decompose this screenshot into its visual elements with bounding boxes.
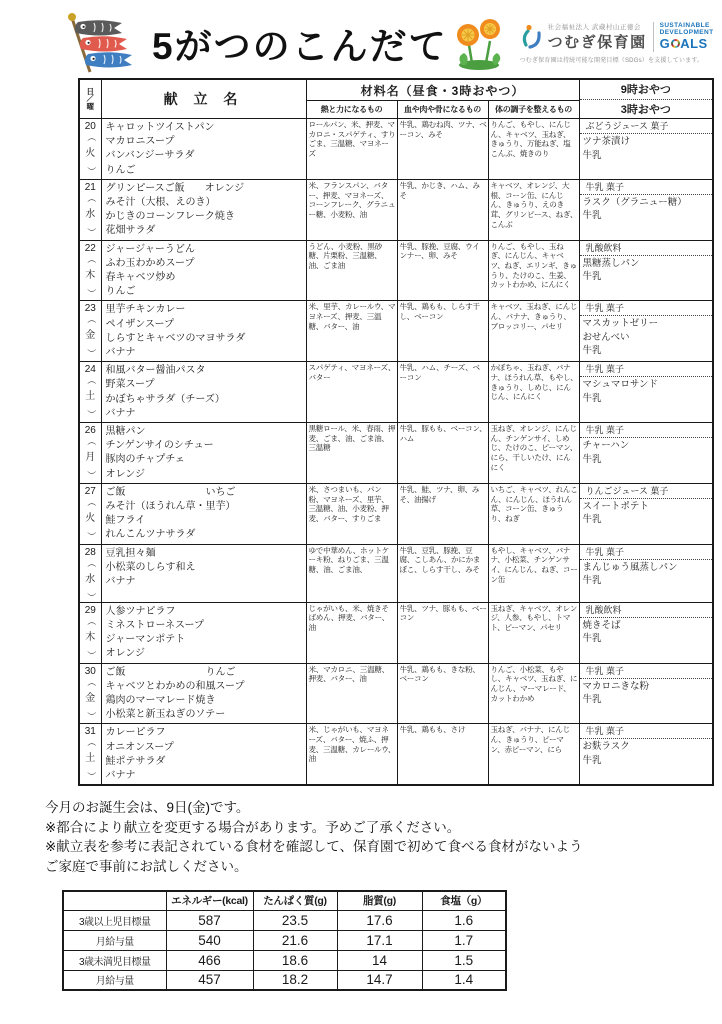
date-cell: 27 （ 火 ） bbox=[79, 483, 101, 544]
notes-block: 今月のお誕生会は、9日(金)です。 ※都合により献立を変更する場合があります。予… bbox=[45, 798, 722, 876]
menu-item: オニオンスープ bbox=[106, 741, 304, 755]
energy-foods-cell: 米、じゃがいも、マヨネーズ、バター、焼ふ、押麦、三温糖、カレールウ、油 bbox=[306, 724, 397, 785]
nutrition-value-protein: 18.6 bbox=[253, 950, 337, 970]
snack-9am: 牛乳 菓子 bbox=[580, 545, 713, 560]
snack-cell: 乳酸飲料 焼きそば牛乳 bbox=[579, 602, 713, 663]
snack-3pm-list: ラスク（グラニュー糖）牛乳 bbox=[580, 195, 713, 223]
snack-cell: 牛乳 菓子 まんじゅう風蒸しパン牛乳 bbox=[579, 544, 713, 602]
header-menu-name: 献 立 名 bbox=[101, 79, 306, 119]
page-title: 5がつのこんだて bbox=[152, 16, 448, 70]
energy-foods-cell: うどん、小麦粉、黒砂糖、片栗粉、三温糖、油、ごま油 bbox=[306, 240, 397, 301]
weekday: 土 bbox=[80, 391, 101, 403]
menu-name-cell: ご飯 いちごみそ汁（ほうれん草・里芋）鮭フライれんこんツナサラダ bbox=[101, 483, 306, 544]
menu-item: 鮭フライ bbox=[106, 514, 304, 528]
menu-item: 小松菜のしらす和え bbox=[106, 561, 304, 575]
snack-3pm-item: 牛乳 bbox=[583, 574, 711, 588]
menu-table-row: 28 （ 水 ） 豆乳担々麺小松菜のしらす和えバナナ ゆで中華めん、ホットケーキ… bbox=[79, 544, 713, 602]
paren-open: （ bbox=[85, 127, 95, 148]
energy-foods-cell: 米、里芋、カレールウ、マヨネーズ、押麦、三温糖、バター、油 bbox=[306, 301, 397, 362]
menu-name-cell: グリンピースご飯 オレンジみそ汁（大根、えのき）かじきのコーンフレーク焼き花畑サ… bbox=[101, 179, 306, 240]
nutrition-value-energy: 587 bbox=[166, 910, 253, 930]
menu-item: 鮭ポテサラダ bbox=[106, 755, 304, 769]
nutrition-value-salt: 1.6 bbox=[422, 910, 506, 930]
snack-cell: 牛乳 菓子 マスカットゼリーおせんべい牛乳 bbox=[579, 301, 713, 362]
vitamin-foods-cell: もやし、キャベツ、バナナ、小松菜、チンゲンサイ、にんじん、ねぎ、コーン缶 bbox=[488, 544, 579, 602]
weekday: 水 bbox=[80, 209, 101, 221]
snack-cell: 牛乳 菓子 お麩ラスク牛乳 bbox=[579, 724, 713, 785]
paren-close: ） bbox=[85, 282, 95, 303]
snack-9am: ぶどうジュース 菓子 bbox=[580, 119, 713, 134]
snack-3pm-item: マシュマロサンド bbox=[583, 378, 711, 392]
nutrition-row: 月給与量 457 18.2 14.7 1.4 bbox=[63, 970, 506, 990]
protein-foods-cell: 牛乳、豚もも、ベーコン、ハム bbox=[397, 423, 488, 484]
paren-close: ） bbox=[85, 465, 95, 486]
header-day-char: 曜 bbox=[80, 103, 101, 111]
snack-3pm-item: 牛乳 bbox=[583, 453, 711, 467]
sdg-goals-g: G bbox=[660, 37, 671, 51]
header-protein-foods: 血や肉や骨になるもの bbox=[397, 101, 488, 119]
snack-3pm-item: マスカットゼリー bbox=[583, 317, 711, 331]
paren-open: （ bbox=[85, 671, 95, 692]
snack-cell: ぶどうジュース 菓子 ツナ茶漬け牛乳 bbox=[579, 119, 713, 180]
menu-item: 野菜スープ bbox=[106, 378, 304, 392]
snack-3pm-list: 黒糖蒸しパン牛乳 bbox=[580, 256, 713, 284]
snack-3pm-item: 牛乳 bbox=[583, 344, 711, 358]
nutrition-value-fat: 17.6 bbox=[337, 910, 422, 930]
nutrition-value-energy: 466 bbox=[166, 950, 253, 970]
tsumugi-logo-icon bbox=[520, 23, 544, 51]
snack-3pm-list: マシュマロサンド牛乳 bbox=[580, 377, 713, 405]
paren-close: ） bbox=[85, 644, 95, 665]
snack-3pm-item: 焼きそば bbox=[583, 619, 711, 633]
menu-item: かぼちゃサラダ（チーズ） bbox=[106, 393, 304, 407]
menu-item: バナナ bbox=[106, 407, 304, 421]
date-cell: 29 （ 木 ） bbox=[79, 602, 101, 663]
energy-foods-cell: 黒糖ロール、米、春雨、押麦、ごま、油、ごま油、三温糖 bbox=[306, 423, 397, 484]
menu-name-cell: 豆乳担々麺小松菜のしらす和えバナナ bbox=[101, 544, 306, 602]
menu-table-row: 24 （ 土 ） 和風バター醤油パスタ野菜スープかぼちゃサラダ（チーズ）バナナ … bbox=[79, 362, 713, 423]
menu-item: グリンピースご飯 オレンジ bbox=[106, 182, 304, 196]
menu-item: 里芋チキンカレー bbox=[106, 303, 304, 317]
menu-item: しらすとキャベツのマヨサラダ bbox=[106, 332, 304, 346]
weekday: 金 bbox=[80, 330, 101, 342]
menu-item: 鶏肉のマーマレード焼き bbox=[106, 694, 304, 708]
snack-3pm-item: スイートポテト bbox=[583, 500, 711, 514]
snack-3pm-item: 牛乳 bbox=[583, 392, 711, 406]
menu-item: バンバンジーサラダ bbox=[106, 149, 304, 163]
header-vitamin-foods: 体の調子を整えるもの bbox=[488, 101, 579, 119]
paren-open: （ bbox=[85, 309, 95, 330]
brand-tagline: つむぎ保育園は持続可能な開発目標（SDGs）を支援しています。 bbox=[520, 55, 722, 64]
menu-name-cell: ジャージャーうどんふわ玉わかめスープ春キャベツ炒めりんご bbox=[101, 240, 306, 301]
menu-item: 黒糖パン bbox=[106, 425, 304, 439]
weekday: 金 bbox=[80, 693, 101, 705]
vitamin-foods-cell: いちご、キャベツ、れんこん、にんじん、ほうれん草、コーン缶、きゅうり、ねぎ bbox=[488, 483, 579, 544]
weekday: 土 bbox=[80, 753, 101, 765]
energy-foods-cell: スパゲティ、マヨネーズ、バター bbox=[306, 362, 397, 423]
snack-3pm-item: まんじゅう風蒸しパン bbox=[583, 561, 711, 575]
menu-item: ジャーマンポテト bbox=[106, 633, 304, 647]
snack-3pm-item: 牛乳 bbox=[583, 513, 711, 527]
weekday: 木 bbox=[80, 270, 101, 282]
snack-3pm-list: マスカットゼリーおせんべい牛乳 bbox=[580, 316, 713, 358]
snack-cell: りんごジュース 菓子 スイートポテト牛乳 bbox=[579, 483, 713, 544]
energy-foods-cell: 米、フランスパン、バター、押麦、マヨネーズ、コーンフレーク、グラニュー糖、小麦粉… bbox=[306, 179, 397, 240]
brand-org-name: 社会福祉法人 武蔵村山正徳会 bbox=[548, 22, 647, 31]
protein-foods-cell: 牛乳、鶏むね肉、ツナ、ベーコン、みそ bbox=[397, 119, 488, 180]
sdg-logo: SUSTAINABLE DEVELOPMENT GALS bbox=[660, 23, 714, 50]
snack-cell: 乳酸飲料 黒糖蒸しパン牛乳 bbox=[579, 240, 713, 301]
menu-table-row: 29 （ 木 ） 人参ツナピラフミネストローネスープジャーマンポテトオレンジ じ… bbox=[79, 602, 713, 663]
date-cell: 26 （ 月 ） bbox=[79, 423, 101, 484]
vitamin-foods-cell: りんご、もやし、にんじん、キャベツ、玉ねぎ、きゅうり、万能ねぎ、塩こんぶ、焼きの… bbox=[488, 119, 579, 180]
snack-3pm-list: まんじゅう風蒸しパン牛乳 bbox=[580, 560, 713, 588]
menu-item: ご飯 いちご bbox=[106, 486, 304, 500]
nutrition-value-salt: 1.7 bbox=[422, 930, 506, 950]
brand-block: 社会福祉法人 武蔵村山正徳会 つむぎ保育園 SUSTAINABLE DEVELO… bbox=[520, 22, 722, 64]
protein-foods-cell: 牛乳、鶏もも、しらす干し、ベーコン bbox=[397, 301, 488, 362]
menu-item: オレンジ bbox=[106, 468, 304, 482]
menu-item: ご飯 りんご bbox=[106, 666, 304, 680]
snack-3pm-item: 牛乳 bbox=[583, 693, 711, 707]
vitamin-foods-cell: キャベツ、玉ねぎ、にんじん、バナナ、きゅうり、ブロッコリー、パセリ bbox=[488, 301, 579, 362]
nutrition-value-fat: 17.1 bbox=[337, 930, 422, 950]
menu-table-header-row: 日 ／ 曜 献 立 名 材料名（昼食・3時おやつ） 9時おやつ 3時おやつ bbox=[79, 79, 713, 101]
menu-name-cell: ご飯 りんごキャベツとわかめの和風スープ鶏肉のマーマレード焼き小松菜と新玉ねぎの… bbox=[101, 663, 306, 724]
menu-item: チンゲンサイのシチュー bbox=[106, 439, 304, 453]
snack-3pm-item: ラスク（グラニュー糖） bbox=[583, 196, 711, 210]
menu-item: ミネストローネスープ bbox=[106, 619, 304, 633]
paren-open: （ bbox=[85, 248, 95, 269]
page-header: 5がつのこんだて bbox=[0, 0, 722, 78]
snack-3pm-item: お麩ラスク bbox=[583, 740, 711, 754]
paren-close: ） bbox=[85, 404, 95, 425]
nutrition-header-salt: 食塩（g） bbox=[422, 891, 506, 910]
paren-open: （ bbox=[85, 431, 95, 452]
paren-open: （ bbox=[85, 492, 95, 513]
brand-divider bbox=[653, 22, 654, 52]
snack-9am: 牛乳 菓子 bbox=[580, 180, 713, 195]
menu-item: オレンジ bbox=[106, 647, 304, 661]
menu-document-page: 5がつのこんだて bbox=[0, 0, 722, 1024]
vitamin-foods-cell: かぼちゃ、玉ねぎ、バナナ、ほうれん草、もやし、きゅうり、しめじ、にんじん、にんに… bbox=[488, 362, 579, 423]
energy-foods-cell: 米、マカロニ、三温糖、押麦、バター、油 bbox=[306, 663, 397, 724]
snack-3pm-list: スイートポテト牛乳 bbox=[580, 499, 713, 527]
nutrition-row-label: 月給与量 bbox=[63, 930, 166, 950]
snack-3pm-item: ツナ茶漬け bbox=[583, 135, 711, 149]
sdg-goals-text: GALS bbox=[660, 37, 714, 51]
paren-open: （ bbox=[85, 188, 95, 209]
snack-9am: 牛乳 菓子 bbox=[580, 724, 713, 739]
snack-9am: 乳酸飲料 bbox=[580, 241, 713, 256]
menu-item: マカロニスープ bbox=[106, 135, 304, 149]
nutrition-value-salt: 1.5 bbox=[422, 950, 506, 970]
menu-item: 豚肉のチャプチェ bbox=[106, 453, 304, 467]
menu-item: れんこんツナサラダ bbox=[106, 528, 304, 542]
weekday: 水 bbox=[80, 574, 101, 586]
nutrition-header-protein: たんぱく質(g) bbox=[253, 891, 337, 910]
nutrition-value-energy: 457 bbox=[166, 970, 253, 990]
date-cell: 21 （ 水 ） bbox=[79, 179, 101, 240]
nutrition-value-protein: 23.5 bbox=[253, 910, 337, 930]
menu-item: キャロットツイストパン bbox=[106, 121, 304, 135]
snack-cell: 牛乳 菓子 マシュマロサンド牛乳 bbox=[579, 362, 713, 423]
snack-cell: 牛乳 菓子 マカロニきな粉牛乳 bbox=[579, 663, 713, 724]
snack-3pm-list: ツナ茶漬け牛乳 bbox=[580, 134, 713, 162]
header-snack-9am: 9時おやつ bbox=[580, 80, 713, 100]
paren-close: ） bbox=[85, 161, 95, 182]
paren-close: ） bbox=[85, 526, 95, 547]
sdg-ring-icon bbox=[671, 39, 680, 48]
menu-item: 小松菜と新玉ねぎのソテー bbox=[106, 708, 304, 722]
paren-close: ） bbox=[85, 766, 95, 787]
paren-open: （ bbox=[85, 552, 95, 573]
snack-9am: 乳酸飲料 bbox=[580, 603, 713, 618]
flower-icon bbox=[452, 15, 506, 71]
nutrition-row: 3歳未満児目標量 466 18.6 14 1.5 bbox=[63, 950, 506, 970]
date-cell: 28 （ 水 ） bbox=[79, 544, 101, 602]
koinobori-icon bbox=[60, 12, 146, 74]
weekday: 火 bbox=[80, 148, 101, 160]
menu-item: ジャージャーうどん bbox=[106, 243, 304, 257]
protein-foods-cell: 牛乳、鶏もも、さけ bbox=[397, 724, 488, 785]
protein-foods-cell: 牛乳、豆乳、豚挽、豆腐、こしあん、かにかまぼこ、しらす干し、みそ bbox=[397, 544, 488, 602]
weekday: 木 bbox=[80, 632, 101, 644]
snack-3pm-item: 牛乳 bbox=[583, 149, 711, 163]
paren-close: ） bbox=[85, 705, 95, 726]
nutrition-header-energy: エネルギー(kcal) bbox=[166, 891, 253, 910]
snack-9am: 牛乳 菓子 bbox=[580, 301, 713, 316]
protein-foods-cell: 牛乳、鶏もも、きな粉、ベーコン bbox=[397, 663, 488, 724]
note-line: ※都合により献立を変更する場合があります。予めご了承ください。 bbox=[45, 818, 722, 838]
paren-close: ） bbox=[85, 343, 95, 364]
energy-foods-cell: ゆで中華めん、ホットケーキ粉、ねりごま、三温糖、油、ごま油、 bbox=[306, 544, 397, 602]
note-line: ※献立表を参考に表記されている食材を確認して、保育園で初めて食べる食材がないよう bbox=[45, 837, 722, 857]
snack-3pm-item: マカロニきな粉 bbox=[583, 680, 711, 694]
nutrition-value-protein: 18.2 bbox=[253, 970, 337, 990]
snack-3pm-item: 牛乳 bbox=[583, 754, 711, 768]
menu-name-cell: 黒糖パンチンゲンサイのシチュー豚肉のチャプチェオレンジ bbox=[101, 423, 306, 484]
snack-cell: 牛乳 菓子 ラスク（グラニュー糖）牛乳 bbox=[579, 179, 713, 240]
date-cell: 22 （ 木 ） bbox=[79, 240, 101, 301]
menu-name-cell: キャロットツイストパンマカロニスープバンバンジーサラダりんご bbox=[101, 119, 306, 180]
header-day-column: 日 ／ 曜 bbox=[79, 79, 101, 119]
menu-name-cell: 里芋チキンカレーペイザンスープしらすとキャベツのマヨサラダバナナ bbox=[101, 301, 306, 362]
header-energy-foods: 熱と力になるもの bbox=[306, 101, 397, 119]
menu-item: 人参ツナピラフ bbox=[106, 605, 304, 619]
menu-item: ふわ玉わかめスープ bbox=[106, 257, 304, 271]
menu-item: バナナ bbox=[106, 346, 304, 360]
date-cell: 24 （ 土 ） bbox=[79, 362, 101, 423]
snack-3pm-list: チャーハン牛乳 bbox=[580, 438, 713, 466]
snack-3pm-item: おせんべい bbox=[583, 331, 711, 345]
vitamin-foods-cell: キャベツ、オレンジ、大根、コーン缶、にんじん、きゅうり、えのき茸、グリンピース、… bbox=[488, 179, 579, 240]
menu-item: みそ汁（大根、えのき） bbox=[106, 196, 304, 210]
menu-table-row: 22 （ 木 ） ジャージャーうどんふわ玉わかめスープ春キャベツ炒めりんご うど… bbox=[79, 240, 713, 301]
date-cell: 23 （ 金 ） bbox=[79, 301, 101, 362]
energy-foods-cell: ロールパン、米、押麦、マカロニ・スパゲティ、すりごま、三温糖、マヨネーズ bbox=[306, 119, 397, 180]
header-snacks: 9時おやつ 3時おやつ bbox=[579, 79, 713, 119]
menu-item: 花畑サラダ bbox=[106, 224, 304, 238]
nutrition-row-label: 3歳未満児目標量 bbox=[63, 950, 166, 970]
date-cell: 30 （ 金 ） bbox=[79, 663, 101, 724]
menu-item: 豆乳担々麺 bbox=[106, 547, 304, 561]
menu-item: みそ汁（ほうれん草・里芋） bbox=[106, 500, 304, 514]
nutrition-header-row: エネルギー(kcal) たんぱく質(g) 脂質(g) 食塩（g） bbox=[63, 891, 506, 910]
menu-item: りんご bbox=[106, 285, 304, 299]
menu-table-row: 31 （ 土 ） カレーピラフオニオンスープ鮭ポテサラダバナナ 米、じゃがいも、… bbox=[79, 724, 713, 785]
snack-3pm-item: 牛乳 bbox=[583, 632, 711, 646]
nutrition-value-salt: 1.4 bbox=[422, 970, 506, 990]
snack-9am: りんごジュース 菓子 bbox=[580, 484, 713, 499]
menu-item: 和風バター醤油パスタ bbox=[106, 364, 304, 378]
snack-3pm-item: チャーハン bbox=[583, 439, 711, 453]
snack-cell: 牛乳 菓子 チャーハン牛乳 bbox=[579, 423, 713, 484]
vitamin-foods-cell: 玉ねぎ、オレンジ、にんじん、チンゲンサイ、しめじ、たけのこ、ピーマン、にら、干し… bbox=[488, 423, 579, 484]
menu-item: りんご bbox=[106, 164, 304, 178]
snack-3pm-list: お麩ラスク牛乳 bbox=[580, 739, 713, 767]
snack-3pm-item: 牛乳 bbox=[583, 209, 711, 223]
menu-item: かじきのコーンフレーク焼き bbox=[106, 210, 304, 224]
paren-close: ） bbox=[85, 222, 95, 243]
nutrition-value-protein: 21.6 bbox=[253, 930, 337, 950]
paren-open: （ bbox=[85, 610, 95, 631]
menu-name-cell: 和風バター醤油パスタ野菜スープかぼちゃサラダ（チーズ）バナナ bbox=[101, 362, 306, 423]
snack-3pm-item: 牛乳 bbox=[583, 270, 711, 284]
menu-name-cell: 人参ツナピラフミネストローネスープジャーマンポテトオレンジ bbox=[101, 602, 306, 663]
snack-3pm-item: 黒糖蒸しパン bbox=[583, 257, 711, 271]
menu-table-row: 21 （ 水 ） グリンピースご飯 オレンジみそ汁（大根、えのき）かじきのコーン… bbox=[79, 179, 713, 240]
sdg-goals-rest: ALS bbox=[680, 37, 708, 51]
menu-table: 日 ／ 曜 献 立 名 材料名（昼食・3時おやつ） 9時おやつ 3時おやつ 熱と… bbox=[78, 78, 714, 786]
date-cell: 20 （ 火 ） bbox=[79, 119, 101, 180]
menu-table-row: 30 （ 金 ） ご飯 りんごキャベツとわかめの和風スープ鶏肉のマーマレード焼き… bbox=[79, 663, 713, 724]
nutrition-value-energy: 540 bbox=[166, 930, 253, 950]
snack-9am: 牛乳 菓子 bbox=[580, 423, 713, 438]
snack-9am: 牛乳 菓子 bbox=[580, 664, 713, 679]
note-line: ご家庭で事前にお試しください。 bbox=[45, 857, 722, 877]
energy-foods-cell: 米、さつまいも、パン粉、マヨネーズ、里芋、三温糖、油、小麦粉、押麦、バター、すり… bbox=[306, 483, 397, 544]
protein-foods-cell: 牛乳、鮭、ツナ、卵、みそ、油揚げ bbox=[397, 483, 488, 544]
nutrition-table: エネルギー(kcal) たんぱく質(g) 脂質(g) 食塩（g） 3歳以上児目標… bbox=[62, 890, 507, 991]
nutrition-row: 3歳以上児目標量 587 23.5 17.6 1.6 bbox=[63, 910, 506, 930]
nutrition-row-label: 3歳以上児目標量 bbox=[63, 910, 166, 930]
menu-table-row: 27 （ 火 ） ご飯 いちごみそ汁（ほうれん草・里芋）鮭フライれんこんツナサラ… bbox=[79, 483, 713, 544]
header-snack-3pm: 3時おやつ bbox=[580, 100, 713, 118]
menu-item: 春キャベツ炒め bbox=[106, 271, 304, 285]
weekday: 火 bbox=[80, 513, 101, 525]
weekday: 月 bbox=[80, 452, 101, 464]
menu-item: ペイザンスープ bbox=[106, 318, 304, 332]
header-materials: 材料名（昼食・3時おやつ） bbox=[306, 79, 579, 101]
protein-foods-cell: 牛乳、豚挽、豆腐、ウインナー、卵、みそ bbox=[397, 240, 488, 301]
note-line: 今月のお誕生会は、9日(金)です。 bbox=[45, 798, 722, 818]
protein-foods-cell: 牛乳、ハム、チーズ、ベーコン bbox=[397, 362, 488, 423]
vitamin-foods-cell: 玉ねぎ、キャベツ、オレンジ、人参、もやし、トマト、ピーマン、パセリ bbox=[488, 602, 579, 663]
menu-table-row: 20 （ 火 ） キャロットツイストパンマカロニスープバンバンジーサラダりんご … bbox=[79, 119, 713, 180]
vitamin-foods-cell: 玉ねぎ、バナナ、にんじん、きゅうり、ピーマン、赤ピーマン、にら bbox=[488, 724, 579, 785]
vitamin-foods-cell: りんご、もやし、玉ねぎ、にんじん、キャベツ、ねぎ、エリンギ、きゅうり、たけのこ、… bbox=[488, 240, 579, 301]
nutrition-row: 月給与量 540 21.6 17.1 1.7 bbox=[63, 930, 506, 950]
menu-item: バナナ bbox=[106, 575, 304, 589]
snack-9am: 牛乳 菓子 bbox=[580, 362, 713, 377]
nutrition-header-fat: 脂質(g) bbox=[337, 891, 422, 910]
snack-3pm-list: 焼きそば牛乳 bbox=[580, 618, 713, 646]
vitamin-foods-cell: りんご、小松菜、もやし、キャベツ、玉ねぎ、にんじん、マーマレード、カットわかめ bbox=[488, 663, 579, 724]
date-cell: 31 （ 土 ） bbox=[79, 724, 101, 785]
menu-table-row: 23 （ 金 ） 里芋チキンカレーペイザンスープしらすとキャベツのマヨサラダバナ… bbox=[79, 301, 713, 362]
menu-table-row: 26 （ 月 ） 黒糖パンチンゲンサイのシチュー豚肉のチャプチェオレンジ 黒糖ロ… bbox=[79, 423, 713, 484]
nutrition-value-fat: 14 bbox=[337, 950, 422, 970]
menu-item: キャベツとわかめの和風スープ bbox=[106, 680, 304, 694]
paren-close: ） bbox=[85, 586, 95, 607]
protein-foods-cell: 牛乳、かじき、ハム、みそ bbox=[397, 179, 488, 240]
menu-name-cell: カレーピラフオニオンスープ鮭ポテサラダバナナ bbox=[101, 724, 306, 785]
paren-open: （ bbox=[85, 732, 95, 753]
nutrition-corner-cell bbox=[63, 891, 166, 910]
menu-item: バナナ bbox=[106, 769, 304, 783]
nutrition-value-fat: 14.7 bbox=[337, 970, 422, 990]
brand-name: つむぎ保育園 bbox=[548, 31, 647, 52]
snack-3pm-list: マカロニきな粉牛乳 bbox=[580, 679, 713, 707]
energy-foods-cell: じゃがいも、米、焼きそばめん、押麦、バター、油 bbox=[306, 602, 397, 663]
menu-item: カレーピラフ bbox=[106, 726, 304, 740]
nutrition-row-label: 月給与量 bbox=[63, 970, 166, 990]
paren-open: （ bbox=[85, 370, 95, 391]
protein-foods-cell: 牛乳、ツナ、豚もも、ベーコン bbox=[397, 602, 488, 663]
